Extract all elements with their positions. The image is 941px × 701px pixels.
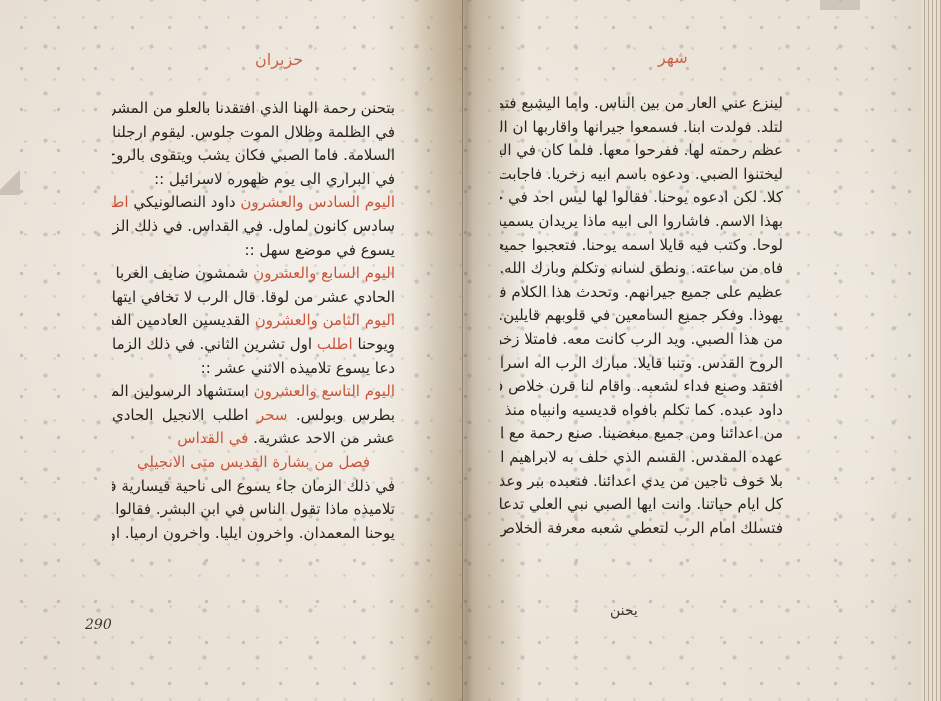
text-line: بهذا الاسم. فاشاروا الى ابيه ماذا يريدان… bbox=[500, 210, 783, 234]
text-line: عشر من الاحد عشرية. في القداس bbox=[112, 427, 395, 451]
text-line: تلاميذه ماذا تقول الناس في ابن البشر. فق… bbox=[112, 498, 395, 522]
text-line: سادس كانون لماول. في القداس. في ذلك الزم… bbox=[112, 215, 395, 239]
text-line: في الظلمة وظلال الموت جلوس. ليقوم ارجلنا… bbox=[112, 121, 395, 145]
running-head-left: حزيران bbox=[255, 50, 303, 69]
text-line: من هذا الصبي. ويد الرب كانت معه. فامتلا … bbox=[500, 328, 783, 352]
text-line: لينزع عني العار من بين الناس. واما اليشب… bbox=[500, 92, 783, 116]
text-line: لتلد. فولدت ابنا. فسمعوا جيرانها واقاربه… bbox=[500, 116, 783, 140]
text-line: بلا خوف ناجين من يدي اعدائنا. فنعبده ببر… bbox=[500, 470, 783, 494]
text-line: ويوحنا اطلب اول تشرين الثاني. في ذلك الز… bbox=[112, 333, 395, 357]
text-line: ليختنوا الصبي. ودعوه باسم ابيه زخريا. فا… bbox=[500, 163, 783, 187]
running-head-right: شهر bbox=[658, 48, 688, 67]
text-line: من اعدائنا ومن جميع مبغضينا. صنع رحمة مع… bbox=[500, 422, 783, 446]
gospel-heading: فصل من بشارة القديس متى الانجيلي bbox=[112, 451, 395, 475]
text-line: الحادي عشر من لوقا. قال الرب لا تخافي اي… bbox=[112, 286, 395, 310]
page-edges bbox=[921, 0, 941, 701]
left-text-block: بتحنن رحمة الهنا الذي افتقدنا بالعلو من … bbox=[112, 97, 395, 545]
text-line: كل ايام حياتنا. وانت ايها الصبي نبي العل… bbox=[500, 493, 783, 517]
folio-number: 290 bbox=[85, 617, 112, 633]
rubric-line: اليوم السادس والعشرون داود النصالونيكي ا… bbox=[112, 191, 395, 215]
text-line: افتقد وصنع فداء لشعبه. واقام لنا قرن خلا… bbox=[500, 375, 783, 399]
text-line: عهده المقدس. القسم الذي حلف به لابراهيم … bbox=[500, 446, 783, 470]
text-line: الروح القدس. وتنبا قايلا. مبارك الرب اله… bbox=[500, 352, 783, 376]
text-line: في ذلك الزمان جاء يسوع الى ناحية قيسارية… bbox=[112, 475, 395, 499]
rubric-heading: اليوم السابع والعشرون bbox=[253, 264, 395, 282]
text-line: داود عبده. كما تكلم بافواه قديسيه وانبيا… bbox=[500, 399, 783, 423]
rubric-line: اليوم التاسع والعشرون استشهاد الرسولين ا… bbox=[112, 380, 395, 404]
rubric-line: اليوم السابع والعشرون شمشون ضايف الغربا … bbox=[112, 262, 395, 286]
text-line: لوحا. وكتب فيه قايلا اسمه يوحنا. فتعجبوا… bbox=[500, 234, 783, 258]
gutter-fold-line bbox=[462, 0, 463, 701]
text-line: كلا. لكن ادعوه يوحنا. فقالوا لها ليس احد… bbox=[500, 186, 783, 210]
rubric-heading: اليوم السادس والعشرون bbox=[240, 193, 395, 211]
rubric-heading: اليوم التاسع والعشرون bbox=[254, 382, 395, 400]
left-page: حزيران بتحنن رحمة الهنا الذي افتقدنا بال… bbox=[0, 0, 430, 701]
manuscript-spread: حزيران بتحنن رحمة الهنا الذي افتقدنا بال… bbox=[0, 0, 941, 701]
text-line: يوحنا المعمدان. واخرون ايليا. واخرون ارم… bbox=[112, 522, 395, 546]
rubric-line: اليوم الثامن والعشرون القديسين العادمين … bbox=[112, 309, 395, 333]
text-line: عظم رحمته لها. ففرحوا معها. فلما كان في … bbox=[500, 139, 783, 163]
text-line: فاه من ساعته. ونطق لسانه وتكلم وبارك الل… bbox=[500, 257, 783, 281]
catchword: يحنن bbox=[610, 603, 638, 619]
text-line: عظيم على جميع جيرانهم. وتحدث هذا الكلام … bbox=[500, 281, 783, 305]
rubric-heading: اليوم الثامن والعشرون bbox=[255, 311, 395, 329]
right-text-block: لينزع عني العار من بين الناس. واما اليشب… bbox=[500, 92, 783, 540]
text-line: دعا يسوع تلاميذه الاثني عشر :: bbox=[112, 357, 395, 381]
text-line: يسوع في موضع سهل :: bbox=[112, 239, 395, 263]
text-line: السلامة. فاما الصبي فكان يشب ويتقوى بالر… bbox=[112, 144, 395, 168]
right-page: شهر لينزع عني العار من بين الناس. واما ا… bbox=[470, 0, 920, 701]
text-line: بتحنن رحمة الهنا الذي افتقدنا بالعلو من … bbox=[112, 97, 395, 121]
text-line: فتسلك امام الرب لتعطي شعبه معرفة الخلاص … bbox=[500, 517, 783, 541]
text-line: بطرس وبولس. سحر اطلب الانجيل الحادي bbox=[112, 404, 395, 428]
text-line: يهوذا. وفكر جميع السامعين في قلوبهم قايل… bbox=[500, 304, 783, 328]
text-line: في البراري الى يوم ظهوره لاسرائيل :: bbox=[112, 168, 395, 192]
